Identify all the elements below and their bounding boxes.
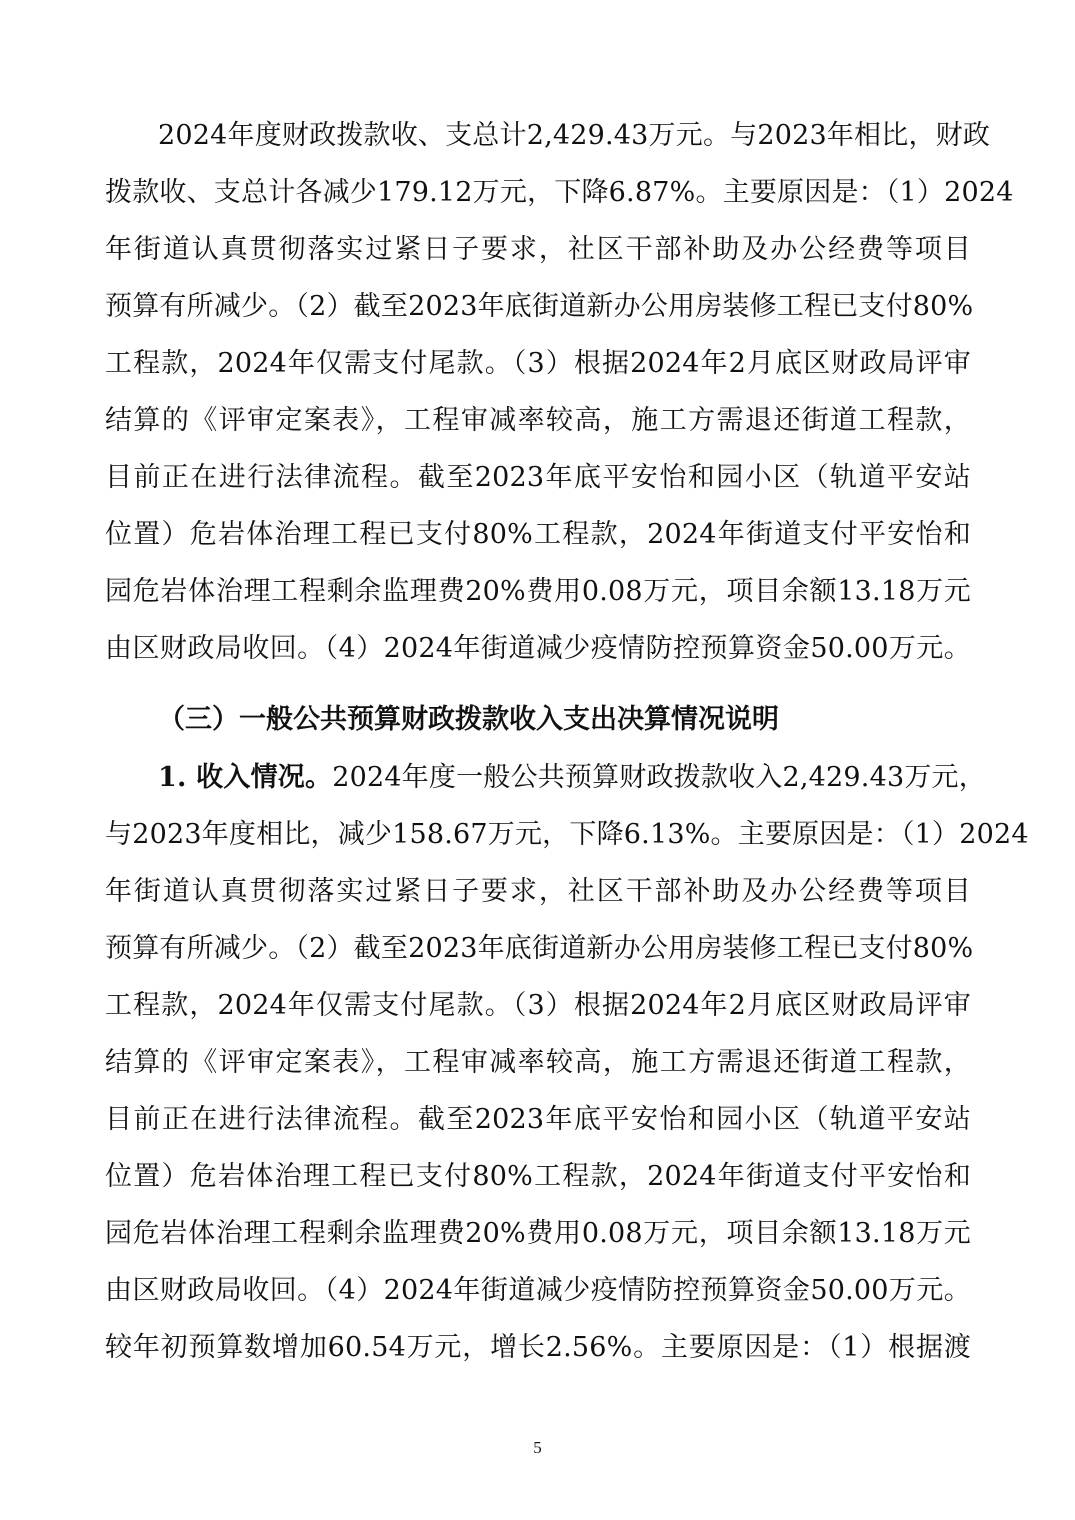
paragraph-1-line-9: 园危岩体治理工程剩余监理费20%费用0.08万元，项目余额13.18万元: [105, 572, 971, 612]
paragraph-2-line-8: 位置）危岩体治理工程已支付80%工程款，2024年街道支付平安怡和: [105, 1157, 971, 1197]
paragraph-2-line-6: 结算的《评审定案表》，工程审减率较高，施工方需退还街道工程款，: [105, 1043, 971, 1083]
paragraph-2-line-7: 目前正在进行法律流程。截至2023年底平安怡和园小区（轨道平安站: [105, 1100, 971, 1140]
paragraph-1-line-2: 拨款收、支总计各减少179.12万元，下降6.87%。主要原因是：（1）2024: [105, 173, 971, 213]
paragraph-1-line-5: 工程款，2024年仅需支付尾款。（3）根据2024年2月底区财政局评审: [105, 344, 971, 384]
paragraph-1-line-6: 结算的《评审定案表》，工程审减率较高，施工方需退还街道工程款，: [105, 401, 971, 441]
paragraph-2-line-11: 较年初预算数增加60.54万元，增长2.56%。主要原因是：（1）根据渡: [105, 1328, 971, 1368]
section-heading: （三）一般公共预算财政拨款收入支出决算情况说明: [158, 700, 779, 740]
paragraph-1-line-1: 2024年度财政拨款收、支总计2,429.43万元。与2023年相比，财政: [158, 116, 971, 156]
paragraph-2-line-2: 与2023年度相比，减少158.67万元，下降6.13%。主要原因是：（1）20…: [105, 815, 971, 855]
page-number: 5: [0, 1438, 1075, 1458]
paragraph-1-line-10: 由区财政局收回。（4）2024年街道减少疫情防控预算资金50.00万元。: [105, 629, 971, 669]
paragraph-2-line-9: 园危岩体治理工程剩余监理费20%费用0.08万元，项目余额13.18万元: [105, 1214, 971, 1254]
paragraph-1-line-3: 年街道认真贯彻落实过紧日子要求，社区干部补助及办公经费等项目: [105, 230, 971, 270]
paragraph-2-line-10: 由区财政局收回。（4）2024年街道减少疫情防控预算资金50.00万元。: [105, 1271, 971, 1311]
paragraph-2-lead: 1. 收入情况。: [158, 762, 332, 793]
paragraph-2-line-5: 工程款，2024年仅需支付尾款。（3）根据2024年2月底区财政局评审: [105, 986, 971, 1026]
paragraph-1-line-8: 位置）危岩体治理工程已支付80%工程款，2024年街道支付平安怡和: [105, 515, 971, 555]
paragraph-2-line-3: 年街道认真贯彻落实过紧日子要求，社区干部补助及办公经费等项目: [105, 872, 971, 912]
paragraph-2-line-1: 1. 收入情况。2024年度一般公共预算财政拨款收入2,429.43万元，: [158, 758, 971, 798]
document-page: 2024年度财政拨款收、支总计2,429.43万元。与2023年相比，财政 拨款…: [0, 0, 1075, 1520]
paragraph-2-line-4: 预算有所减少。（2）截至2023年底街道新办公用房装修工程已支付80%: [105, 929, 971, 969]
paragraph-2-line-1-text: 2024年度一般公共预算财政拨款收入2,429.43万元，: [332, 762, 986, 793]
paragraph-1-line-7: 目前正在进行法律流程。截至2023年底平安怡和园小区（轨道平安站: [105, 458, 971, 498]
paragraph-1-line-4: 预算有所减少。（2）截至2023年底街道新办公用房装修工程已支付80%: [105, 287, 971, 327]
